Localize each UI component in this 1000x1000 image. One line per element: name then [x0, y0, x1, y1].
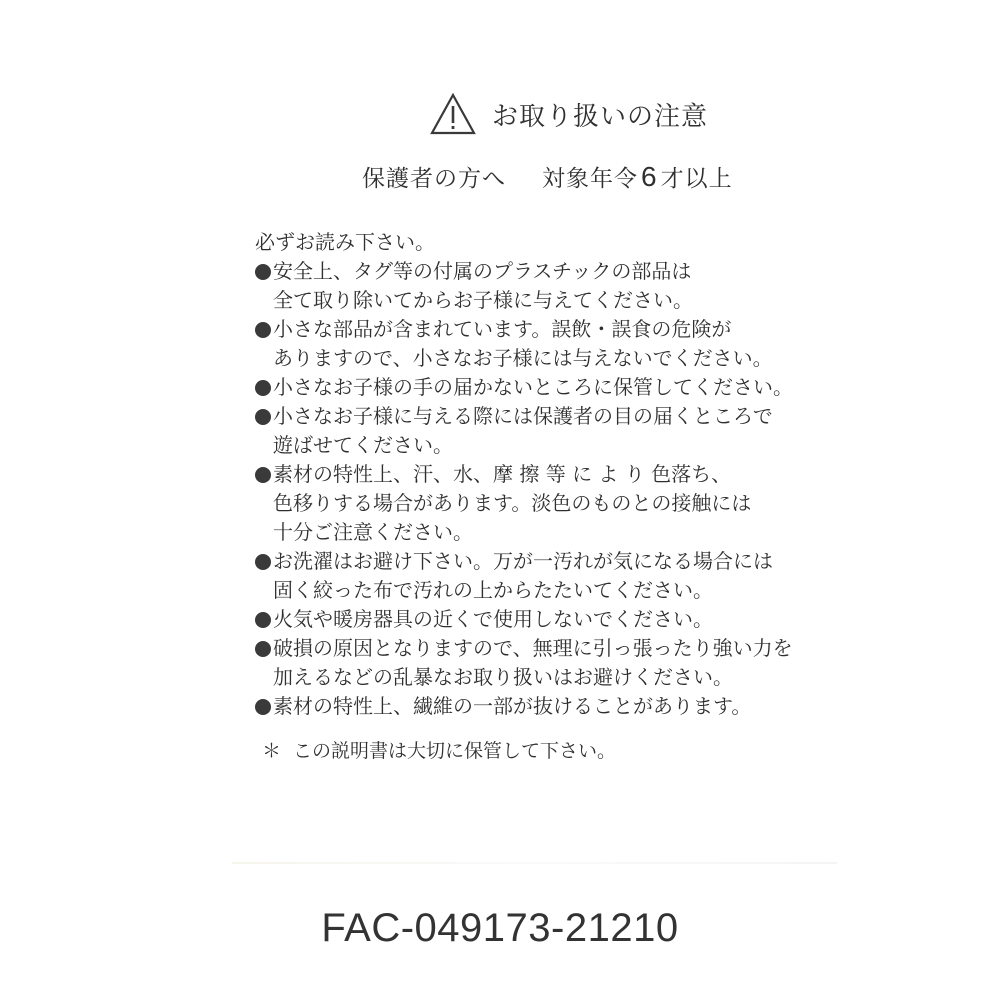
list-item: 小さな部品が含まれています。誤飲・誤食の危険が ありますので、小さなお子様には与…: [255, 315, 835, 373]
list-item: 小さなお子様の手の届かないところに保管してください。: [255, 373, 835, 402]
list-item: お洗濯はお避け下さい。万が一汚れが気になる場合には 固く絞った布で汚れの上からた…: [255, 547, 835, 605]
asterisk-icon: ＊: [262, 740, 281, 762]
target-age: 対象年令6才以上: [542, 160, 733, 193]
list-item: 素材の特性上、汗、水、摩 擦 等 に よ り 色落ち、 色移りする場合があります…: [255, 460, 835, 547]
bullet-icon: [255, 699, 271, 715]
item-line: 色移りする場合があります。淡色のものとの接触には: [273, 489, 751, 518]
item-line: 遊ばせてください。: [273, 431, 773, 460]
item-line: 破損の原因となりますので、無理に引っ張ったり強い力を: [273, 634, 793, 663]
age-suffix: 才以上: [661, 166, 733, 192]
guardian-label: 保護者の方へ: [362, 160, 506, 193]
item-line: 小さなお子様の手の届かないところに保管してください。: [273, 373, 793, 402]
item-line: お洗濯はお避け下さい。万が一汚れが気になる場合には: [273, 547, 773, 576]
bullet-icon: [255, 322, 271, 338]
page-title: お取り扱いの注意: [492, 96, 708, 133]
item-line: 火気や暖房器具の近くで使用しないでください。: [273, 605, 713, 634]
age-prefix: 対象年令: [542, 166, 638, 192]
bullet-icon: [255, 380, 271, 396]
fold-line-divider: [232, 862, 837, 864]
title-row: お取り扱いの注意: [430, 92, 708, 136]
item-line: 素材の特性上、繊維の一部が抜けることがあります。: [273, 692, 751, 721]
age-number: 6: [641, 161, 658, 192]
item-line: 加えるなどの乱暴なお取り扱いはお避けください。: [273, 663, 793, 692]
item-line: 小さな部品が含まれています。誤飲・誤食の危険が: [273, 315, 773, 344]
item-line: 固く絞った布で汚れの上からたたいてください。: [273, 576, 773, 605]
keep-instructions-note: ＊この説明書は大切に保管して下さい。: [262, 736, 616, 763]
warning-triangle-icon: [430, 93, 476, 135]
list-item: 小さなお子様に与える際には保護者の目の届くところで 遊ばせてください。: [255, 402, 835, 460]
instructions-body: 必ずお読み下さい。 安全上、タグ等の付属のプラスチックの部品は 全て取り除いてか…: [255, 228, 835, 721]
item-line: ありますので、小さなお子様には与えないでください。: [273, 344, 773, 373]
list-item: 火気や暖房器具の近くで使用しないでください。: [255, 605, 835, 634]
bullet-icon: [255, 467, 271, 483]
item-line: 小さなお子様に与える際には保護者の目の届くところで: [273, 402, 773, 431]
list-item: 破損の原因となりますので、無理に引っ張ったり強い力を 加えるなどの乱暴なお取り扱…: [255, 634, 835, 692]
care-instructions-sheet: お取り扱いの注意 保護者の方へ 対象年令6才以上 必ずお読み下さい。 安全上、タ…: [0, 0, 1000, 1000]
bullet-icon: [255, 264, 271, 280]
item-line: 十分ご注意ください。: [273, 518, 751, 547]
item-line: 安全上、タグ等の付属のプラスチックの部品は: [273, 257, 693, 286]
intro-text: 必ずお読み下さい。: [255, 228, 835, 257]
bullet-icon: [255, 409, 271, 425]
product-code: FAC-049173-21210: [0, 906, 1000, 951]
subtitle-row: 保護者の方へ 対象年令6才以上: [362, 160, 733, 200]
note-text: この説明書は大切に保管して下さい。: [293, 740, 616, 762]
list-item: 素材の特性上、繊維の一部が抜けることがあります。: [255, 692, 835, 721]
bullet-icon: [255, 554, 271, 570]
bullet-icon: [255, 612, 271, 628]
item-line: 全て取り除いてからお子様に与えてください。: [273, 286, 693, 315]
list-item: 安全上、タグ等の付属のプラスチックの部品は 全て取り除いてからお子様に与えてくだ…: [255, 257, 835, 315]
bullet-icon: [255, 641, 271, 657]
item-line: 素材の特性上、汗、水、摩 擦 等 に よ り 色落ち、: [273, 460, 751, 489]
